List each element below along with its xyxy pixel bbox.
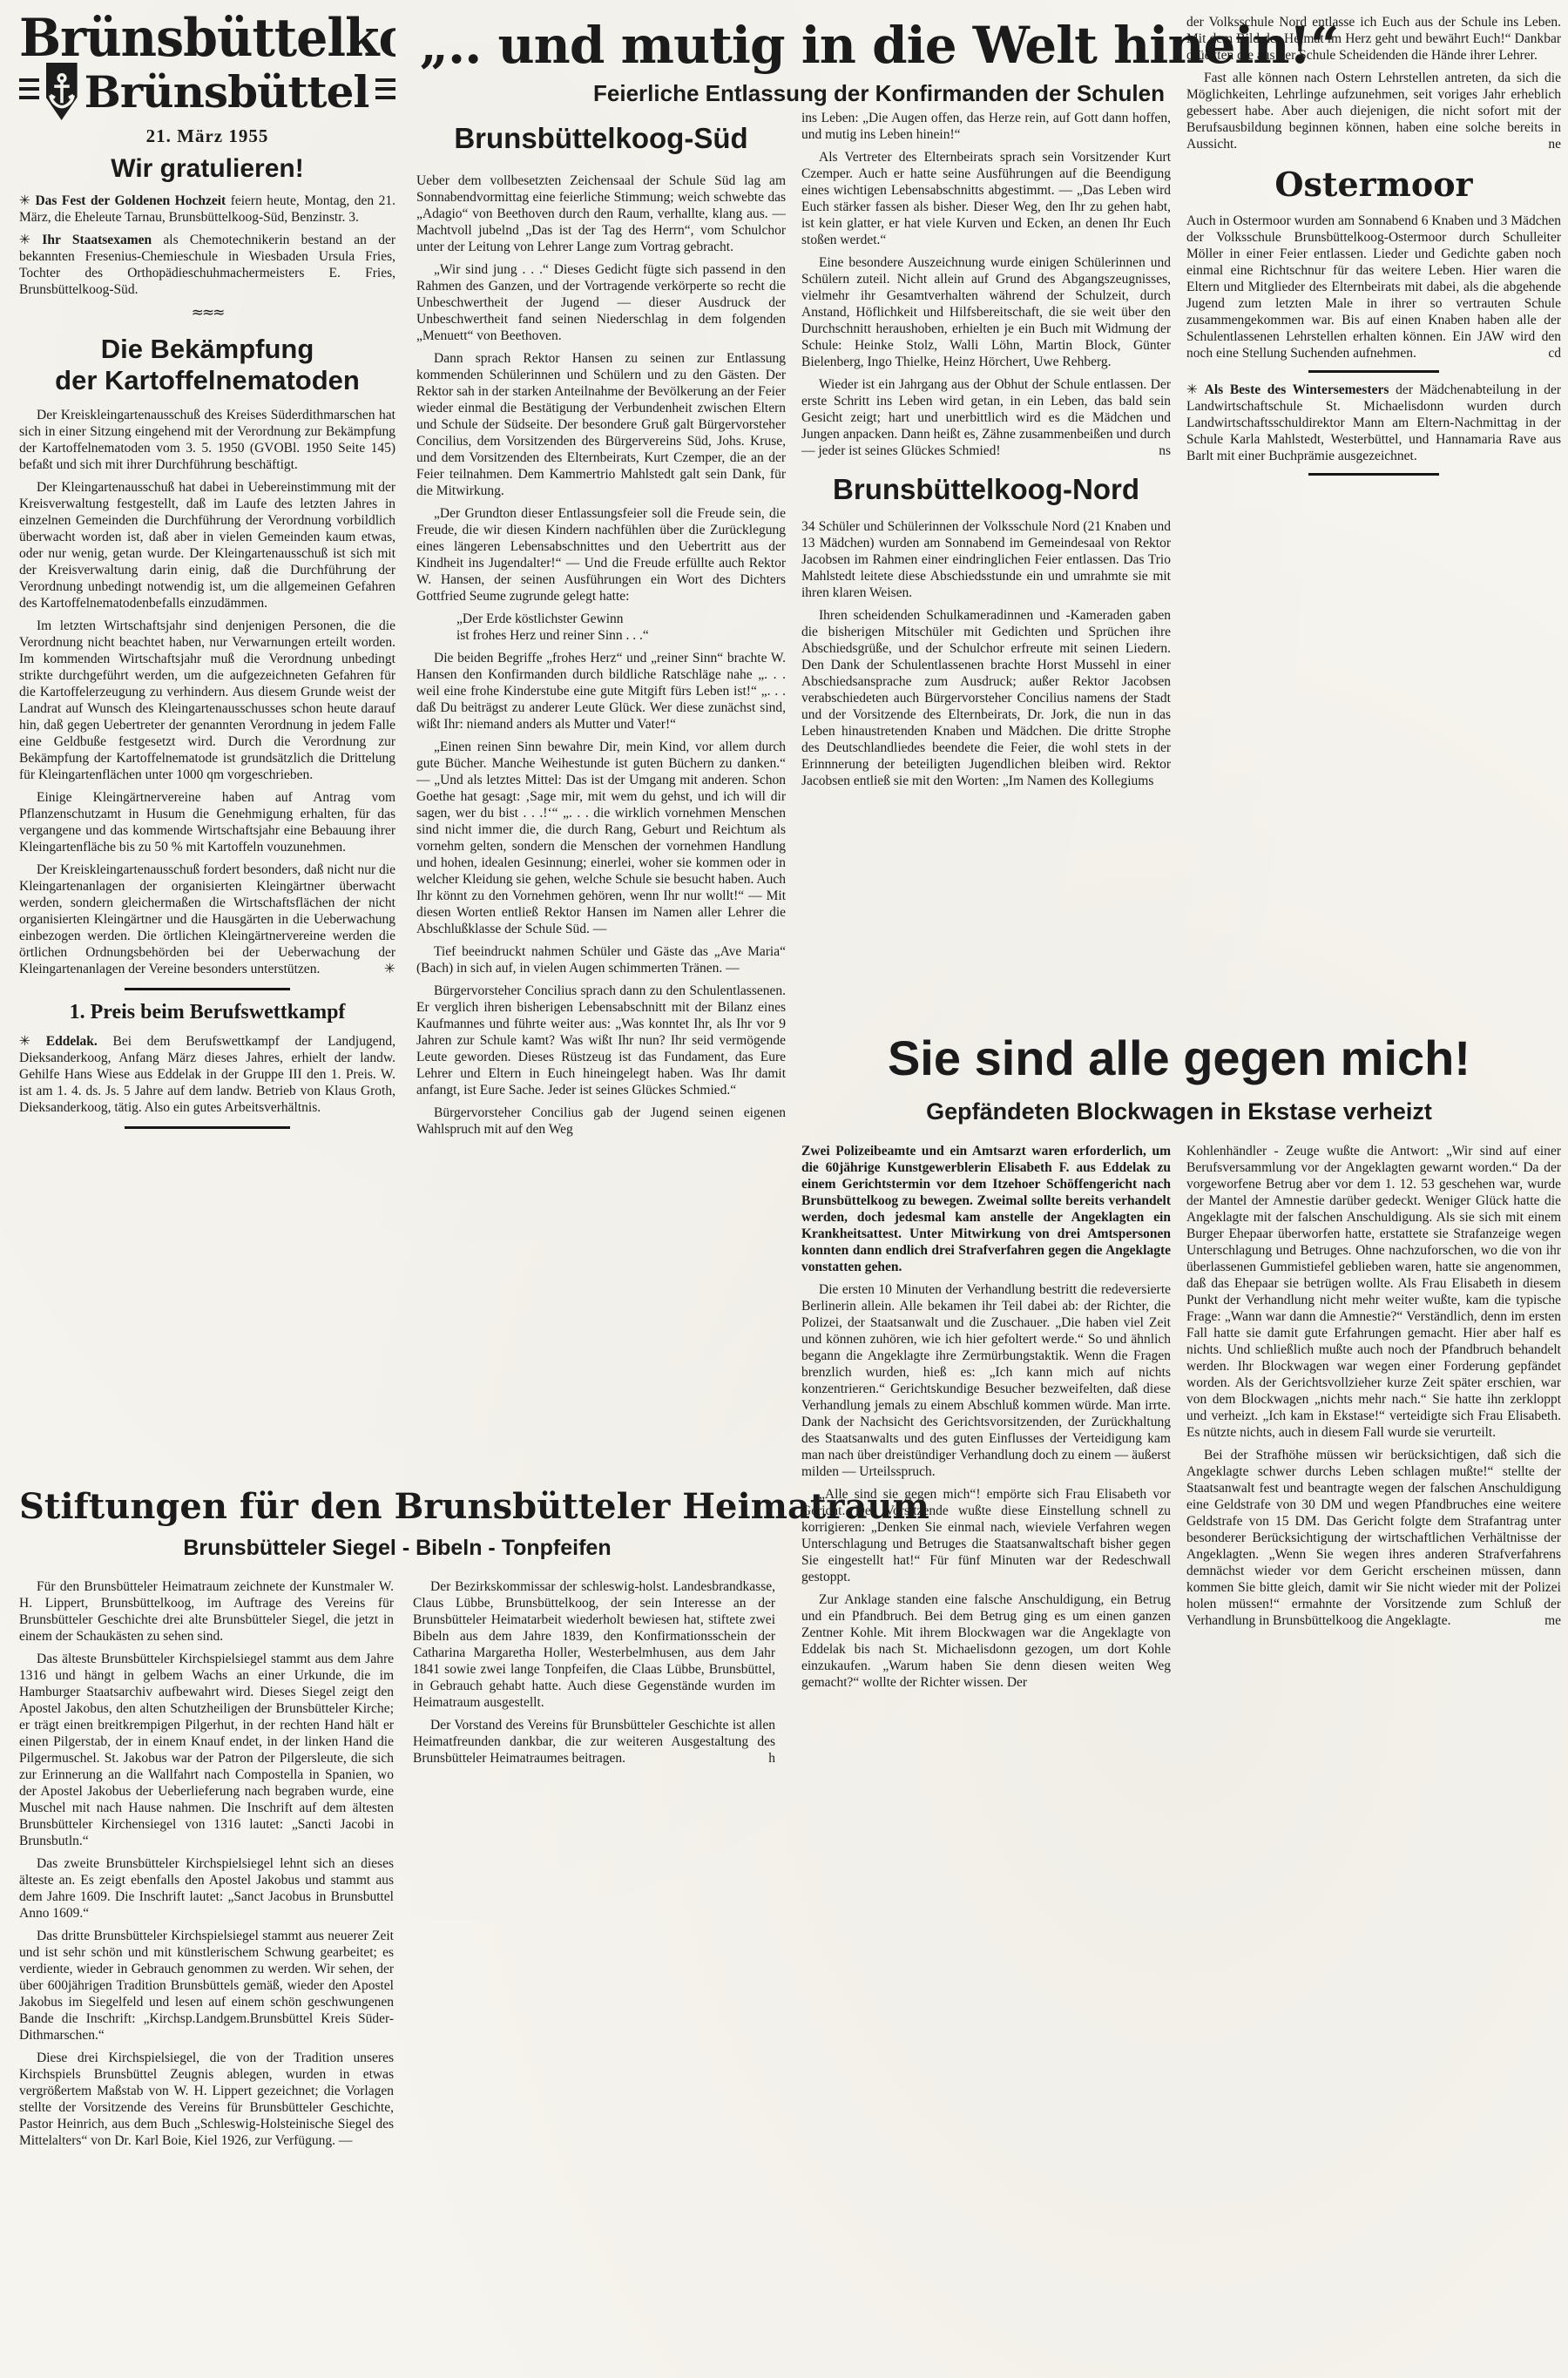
star-icon: ✳ (19, 232, 30, 247)
article-paragraph: ins Leben: „Die Augen offen, das Herze r… (801, 110, 1171, 143)
author-sig: me (1538, 1612, 1561, 1629)
als-beste-paragraph: ✳ Als Beste des Wintersemesters der Mädc… (1186, 382, 1561, 464)
ostermoor-heading: Ostermoor (1186, 165, 1561, 204)
stiftungen-headline: Stiftungen für den Brunsbütteler Heimatr… (19, 1486, 775, 1527)
article-paragraph: Ihren scheidenden Schulkameradinnen und … (801, 607, 1171, 789)
paragraph-text: Fast alle können nach Ostern Lehrstellen… (1186, 71, 1561, 152)
kartoffel-heading-line2: der Kartoffelnematoden (55, 365, 360, 395)
right-column: der Volksschule Nord entlasse ich Euch a… (1186, 14, 1561, 798)
article-paragraph: „Einen reinen Sinn bewahre Dir, mein Kin… (416, 739, 786, 937)
masthead-stripes-left (19, 78, 39, 105)
section-divider (1308, 370, 1439, 373)
left-column: Brünsbüttelkoog Brünsbüttel (19, 14, 395, 1479)
author-sig: cd (1541, 345, 1561, 361)
beruf-heading: 1. Preis beim Berufswettkampf (19, 1001, 395, 1024)
article-paragraph: Tief beeindruckt nahmen Schüler und Gäst… (416, 943, 786, 976)
kartoffel-heading: Die Bekämpfung der Kartoffelnematoden (19, 334, 395, 396)
stiftungen-column-a: Für den Brunsbütteler Heimatraum zeichne… (19, 1578, 394, 2367)
article-paragraph: Der Vorstand des Vereins für Brunsbüttel… (413, 1717, 775, 1767)
note-lead: Ihr Staatsexamen (42, 233, 152, 247)
article-paragraph: Das dritte Brunsbütteler Kirchspielsiege… (19, 1928, 394, 2044)
nord-heading: Brunsbüttelkoog-Nord (801, 473, 1171, 506)
section-divider (125, 988, 290, 990)
paragraph-text: Der Vorstand des Vereins für Brunsbüttel… (413, 1718, 775, 1766)
star-icon: ✳ (1186, 382, 1198, 397)
squiggle-divider: ≈≈≈ (19, 304, 395, 321)
article-paragraph: Der Bezirkskommissar der schleswig-holst… (413, 1578, 775, 1711)
gratulieren-note: ✳ Das Fest der Goldenen Hochzeit feiern … (19, 193, 395, 226)
gratulieren-heading: Wir gratulieren! (19, 154, 395, 184)
article-paragraph: Auch in Ostermoor wurden am Sonnabend 6 … (1186, 213, 1561, 361)
stiftungen-headline-block: Stiftungen für den Brunsbütteler Heimatr… (19, 1486, 775, 1561)
article-paragraph: Einige Kleingärtnervereine haben auf Ant… (19, 789, 395, 855)
article-paragraph: Im letzten Wirtschaftsjahr sind denjenig… (19, 618, 395, 783)
anchor-glyph (46, 72, 78, 111)
article-paragraph: Fast alle können nach Ostern Lehrstellen… (1186, 70, 1561, 152)
article-paragraph: „Der Grundton dieser Entlassungsfeier so… (416, 505, 786, 605)
sued-heading: Brunsbüttelkoog-Süd (416, 122, 786, 155)
article-paragraph: Zur Anklage standen eine falsche Anschul… (801, 1591, 1171, 1691)
article-paragraph: Bürgervorsteher Concilius gab der Jugend… (416, 1105, 786, 1138)
anchor-crest-icon (46, 63, 78, 120)
paragraph-text: Der Kreiskleingartenausschuß fordert bes… (19, 862, 395, 976)
paragraph-text: Bei der Strafhöhe müssen wir berücksicht… (1186, 1448, 1561, 1628)
article-paragraph: Die ersten 10 Minuten der Verhandlung be… (801, 1281, 1171, 1480)
article-paragraph: Bürgervorsteher Concilius sprach dann zu… (416, 983, 786, 1098)
stiftungen-subtitle: Brunsbütteler Siegel - Bibeln - Tonpfeif… (19, 1536, 775, 1561)
masthead-title-line2: Brünsbüttel (84, 66, 369, 118)
article-paragraph: Für den Brunsbütteler Heimatraum zeichne… (19, 1578, 394, 1645)
section-divider (1308, 473, 1439, 476)
als-beste-lead: Als Beste des Wintersemesters (1205, 382, 1389, 397)
siesind-headline: Sie sind alle gegen mich! (797, 1030, 1561, 1086)
beruf-paragraph: ✳ Eddelak. Bei dem Berufswettkampf der L… (19, 1033, 395, 1116)
sued-column-b: ins Leben: „Die Augen offen, das Herze r… (801, 110, 1171, 1033)
stiftungen-column-b: Der Bezirkskommissar der schleswig-holst… (413, 1578, 775, 1944)
article-paragraph: Ueber dem vollbesetzten Zeichensaal der … (416, 172, 786, 255)
article-paragraph: der Volksschule Nord entlasse ich Euch a… (1186, 14, 1561, 64)
beruf-lead: Eddelak. (46, 1034, 98, 1049)
masthead-date: 21. März 1955 (19, 125, 395, 147)
siesind-headline-block: Sie sind alle gegen mich! Gepfändeten Bl… (797, 1030, 1561, 1125)
article-paragraph: Als Vertreter des Elternbeirats sprach s… (801, 149, 1171, 248)
siesind-intro: Zwei Polizeibeamte und ein Amtsarzt ware… (801, 1143, 1171, 1275)
poem-verse: „Der Erde köstlichster Gewinn ist frohes… (416, 611, 786, 644)
article-paragraph: 34 Schüler und Schülerinnen der Volkssch… (801, 518, 1171, 601)
section-divider (125, 1126, 290, 1129)
article-paragraph: Dann sprach Rektor Hansen zu seinen zur … (416, 350, 786, 499)
star-icon: ✳ (19, 1033, 30, 1049)
article-paragraph: „Wir sind jung . . .“ Dieses Gedicht füg… (416, 261, 786, 344)
article-paragraph: Wieder ist ein Jahrgang aus der Obhut de… (801, 376, 1171, 459)
newspaper-page: Brünsbüttelkoog Brünsbüttel (0, 0, 1568, 2378)
article-paragraph: Der Kleingartenausschuß hat dabei in Ueb… (19, 479, 395, 611)
siesind-subtitle: Gepfändeten Blockwagen in Ekstase verhei… (797, 1098, 1561, 1125)
siesind-column-b: Kohlenhändler - Zeuge wußte die Antwort:… (1186, 1143, 1561, 1909)
author-sig: ne (1541, 136, 1561, 152)
author-sig: ns (1152, 442, 1171, 459)
article-paragraph: Die beiden Begriffe „frohes Herz“ und „r… (416, 650, 786, 733)
article-paragraph: Diese drei Kirchspielsiegel, die von der… (19, 2050, 394, 2149)
paragraph-text: Wieder ist ein Jahrgang aus der Obhut de… (801, 377, 1171, 458)
star-icon: ✳ (19, 193, 30, 208)
note-lead: Das Fest der Goldenen Hochzeit (35, 193, 226, 208)
article-paragraph: Das zweite Brunsbütteler Kirchspielsiege… (19, 1855, 394, 1922)
article-paragraph: Das älteste Brunsbütteler Kirchspielsieg… (19, 1651, 394, 1849)
masthead-title-line2-row: Brünsbüttel (19, 64, 395, 118)
star-sig: ✳ (377, 961, 395, 977)
article-paragraph: Der Kreiskleingartenausschuß fordert bes… (19, 861, 395, 977)
sued-column-a: Ueber dem vollbesetzten Zeichensaal der … (416, 172, 786, 1477)
masthead: Brünsbüttelkoog Brünsbüttel (19, 14, 395, 147)
masthead-title-line1: Brünsbüttelkoog (19, 14, 395, 64)
article-paragraph: Kohlenhändler - Zeuge wußte die Antwort:… (1186, 1143, 1561, 1441)
masthead-stripes-right (375, 78, 395, 105)
article-paragraph: Bei der Strafhöhe müssen wir berücksicht… (1186, 1447, 1561, 1629)
paragraph-text: Auch in Ostermoor wurden am Sonnabend 6 … (1186, 213, 1561, 361)
kartoffel-heading-line1: Die Bekämpfung (101, 334, 314, 364)
gratulieren-note: ✳ Ihr Staatsexamen als Chemotechnikerin … (19, 232, 395, 298)
article-paragraph: Eine besondere Auszeichnung wurde einige… (801, 254, 1171, 370)
author-sig: h (761, 1750, 775, 1767)
article-paragraph: Der Kreiskleingartenausschuß des Kreises… (19, 407, 395, 473)
